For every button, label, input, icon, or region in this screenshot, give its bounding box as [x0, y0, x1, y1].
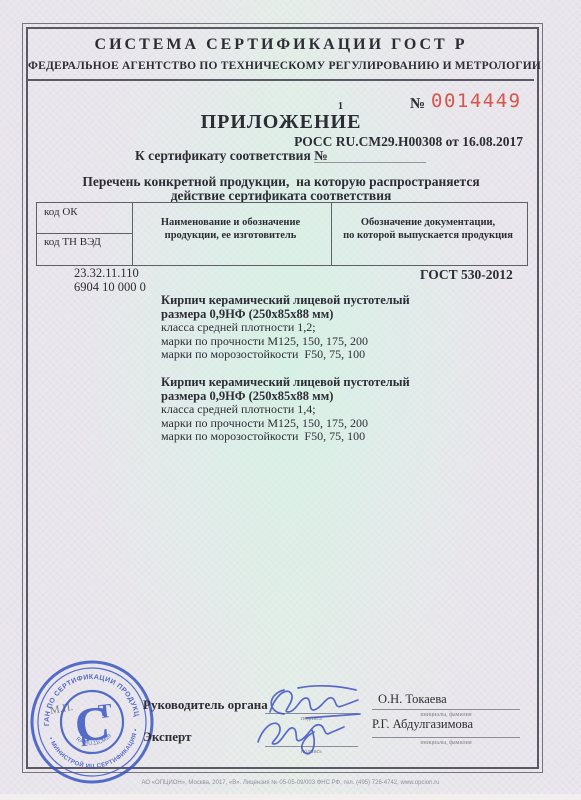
code-ok-value: 23.32.11.110	[74, 266, 139, 280]
code-tnved-label: код ТН ВЭД	[44, 236, 101, 249]
handwritten-signatures	[240, 678, 380, 768]
product1-name-line1: Кирпич керамический лицевой пустотелый	[161, 294, 410, 308]
product-column-header-line1: Наименование и обозначение	[131, 216, 330, 229]
product-block-1: Кирпич керамический лицевой пустотелый р…	[161, 294, 410, 362]
doc-column-header-line1: Обозначение документации,	[330, 216, 526, 229]
gost-r-system-title: СИСТЕМА СЕРТИФИКАЦИИ ГОСТ Р	[28, 36, 534, 54]
expert-signature-stroke	[258, 714, 360, 754]
product1-strength: марки по прочности М125, 150, 175, 200	[161, 335, 410, 349]
header-divider	[28, 79, 534, 81]
certification-body-stamp: ОРГАН ПО СЕРТИФИКАЦИИ ПРОДУКЦИИ • МИНИСТ…	[15, 645, 169, 799]
expert-name-caption: инициалы, фамилия	[372, 740, 520, 747]
code-tnved-value: 6904 10 000 0	[74, 280, 146, 294]
certificate-number-blank-line	[314, 162, 426, 163]
doc-column-header-line2: по которой выпускается продукция	[330, 229, 526, 242]
scan-edge	[0, 794, 581, 800]
product2-frost: марки по морозостойкости F50, 75, 100	[161, 430, 410, 444]
product-column-header: Наименование и обозначение продукции, ее…	[131, 216, 330, 242]
doc-column-header: Обозначение документации, по которой вып…	[330, 216, 526, 242]
gost-standard-value: ГОСТ 530-2012	[420, 267, 513, 283]
stamp-logo-r: Р	[80, 730, 92, 750]
expert-name-line	[372, 737, 520, 738]
product1-name-line2: размера 0,9НФ (250х85х88 мм)	[161, 308, 410, 322]
head-name-line	[372, 709, 520, 710]
expert-name: Р.Г. Абдулгазимова	[372, 717, 473, 731]
product1-density: класса средней плотности 1,2;	[161, 321, 410, 335]
product-column-header-line2: продукции, ее изготовитель	[131, 229, 330, 242]
certificate-page: СИСТЕМА СЕРТИФИКАЦИИ ГОСТ Р ФЕДЕРАЛЬНОЕ …	[0, 0, 581, 800]
head-signature-stroke	[270, 686, 358, 714]
product2-name-line1: Кирпич керамический лицевой пустотелый	[161, 376, 410, 390]
appendix-title: ПРИЛОЖЕНИЕ	[28, 111, 534, 134]
table-hline-code-split	[37, 233, 132, 234]
stamp-logo-t: Т	[97, 700, 113, 723]
product-block-2: Кирпич керамический лицевой пустотелый р…	[161, 376, 410, 444]
product2-strength: марки по прочности М125, 150, 175, 200	[161, 417, 410, 431]
agency-name: ФЕДЕРАЛЬНОЕ АГЕНТСТВО ПО ТЕХНИЧЕСКОМУ РЕ…	[28, 60, 534, 73]
product2-name-line2: размера 0,9НФ (250х85х88 мм)	[161, 390, 410, 404]
code-ok-label: код ОК	[44, 206, 78, 219]
product2-density: класса средней плотности 1,4;	[161, 403, 410, 417]
expert-role-label: Эксперт	[143, 730, 191, 745]
to-certificate-label: К сертификату соответствия №	[135, 148, 328, 164]
blank-number-value: 0014449	[431, 91, 522, 113]
head-name: О.Н. Токаева	[378, 692, 447, 706]
print-house-footer: АО «ОПЦИОН», Москва, 2017, «В». Лицензия…	[0, 780, 581, 787]
product1-frost: марки по морозостойкости F50, 75, 100	[161, 348, 410, 362]
